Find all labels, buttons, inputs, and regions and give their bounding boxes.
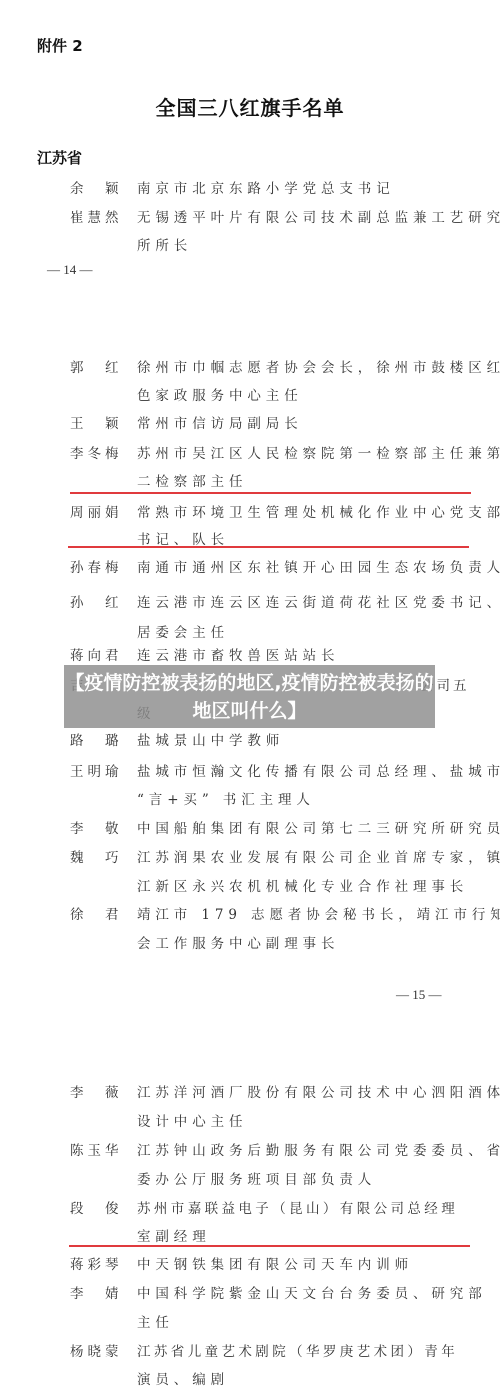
entry-desc: 苏州市吴江区人民检察院第一检察部主任兼第 [137,442,500,462]
entry-desc: 盐城市恒瀚文化传播有限公司总经理、盐城市 [137,760,500,780]
entry-desc: 中国船舶集团有限公司第七二三研究所研究员 [137,817,500,837]
entry-name: 魏 巧 [70,846,123,866]
red-underline [69,1245,470,1247]
entry-desc-continued: 设计中心主任 [137,1110,247,1130]
entry-name: 杨晓蒙 [70,1340,123,1360]
entry-desc: 南京市北京东路小学党总支书记 [137,177,395,197]
entry-desc: 江苏省儿童艺术剧院（华罗庚艺术团）青年 [137,1340,458,1360]
caption-overlay: 【疫情防控被表扬的地区,疫情防控被表扬的地区叫什么】 [64,665,435,728]
entry-desc-continued: 主任 [137,1311,174,1331]
entry-name: 李冬梅 [70,442,123,462]
entry-name: 陈玉华 [70,1139,123,1159]
entry-desc: 无锡透平叶片有限公司技术副总监兼工艺研究 [137,206,500,226]
entry-desc-continued: 会工作服务中心副理事长 [137,932,339,952]
red-underline [68,546,469,548]
attachment-label: 附件 2 [37,35,83,56]
entry-desc: 江苏润果农业发展有限公司企业首席专家，镇 [137,846,500,866]
entry-desc: 中国科学院紫金山天文台台务委员、研究部 [137,1282,487,1302]
caption-text: 【疫情防控被表扬的地区,疫情防控被表扬的地区叫什么】 [64,669,435,725]
entry-name: 蒋彩琴 [70,1253,123,1273]
entry-desc: 苏州市嘉联益电子（昆山）有限公司总经理 [137,1197,458,1217]
page-number: — 14 — [47,262,93,278]
entry-name: 王明瑜 [70,760,123,780]
entry-name: 郭 红 [70,356,123,376]
entry-desc-continued: 所所长 [137,234,192,254]
entry-name: 李 敬 [70,817,123,837]
entry-desc: 连云港市连云区连云街道荷花社区党委书记、 [137,591,500,611]
entry-desc-continued: 色家政服务中心主任 [137,384,303,404]
page-title: 全国三八红旗手名单 [0,92,500,121]
entry-desc: 常州市信访局副局长 [137,412,303,432]
entry-name: 徐 君 [70,903,123,923]
entry-name: 路 璐 [70,729,123,749]
entry-desc-continued: 二检察部主任 [137,470,247,490]
entry-desc-continued: 演员、编剧 [137,1368,229,1388]
entry-name: 段 俊 [70,1197,123,1217]
page-number: — 15 — [396,987,442,1003]
entry-name: 周丽娟 [70,501,123,521]
entry-name: 孙 红 [70,591,123,611]
entry-name: 李 薇 [70,1081,123,1101]
entry-name: 余 颖 [70,177,123,197]
entry-name: 蒋向君 [70,644,123,664]
entry-desc: 江苏钟山政务后勤服务有限公司党委委员、省 [137,1139,500,1159]
entry-desc: 常熟市环境卫生管理处机械化作业中心党支部 [137,501,500,521]
entry-desc-continued: 室副经理 [137,1225,211,1245]
entry-name: 孙春梅 [70,556,123,576]
entry-desc: 连云港市畜牧兽医站站长 [137,644,339,664]
entry-desc-continued: 江新区永兴农机机械化专业合作社理事长 [137,875,468,895]
entry-desc: 江苏洋河酒厂股份有限公司技术中心泗阳酒体 [137,1081,500,1101]
province-heading: 江苏省 [37,147,82,168]
entry-desc: 徐州市巾帼志愿者协会会长，徐州市鼓楼区红 [137,356,500,376]
entry-name: 李 婧 [70,1282,123,1302]
entry-name: 王 颖 [70,412,123,432]
red-underline [70,492,471,494]
entry-desc-continued: 委办公厅服务班项目部负责人 [137,1168,376,1188]
entry-name: 崔慧然 [70,206,123,226]
entry-desc: 靖江市 179 志愿者协会秘书长，靖江市行知社 [137,903,500,923]
entry-desc: 南通市通州区东社镇开心田园生态农场负责人 [137,556,500,576]
entry-desc-continued: “言+买” 书汇主理人 [137,788,315,808]
entry-desc-continued: 居委会主任 [137,621,229,641]
entry-desc: 中天钢铁集团有限公司天车内训师 [137,1253,413,1273]
entry-desc: 盐城景山中学教师 [137,729,284,749]
entry-desc-continued: 书记、队长 [137,528,229,548]
